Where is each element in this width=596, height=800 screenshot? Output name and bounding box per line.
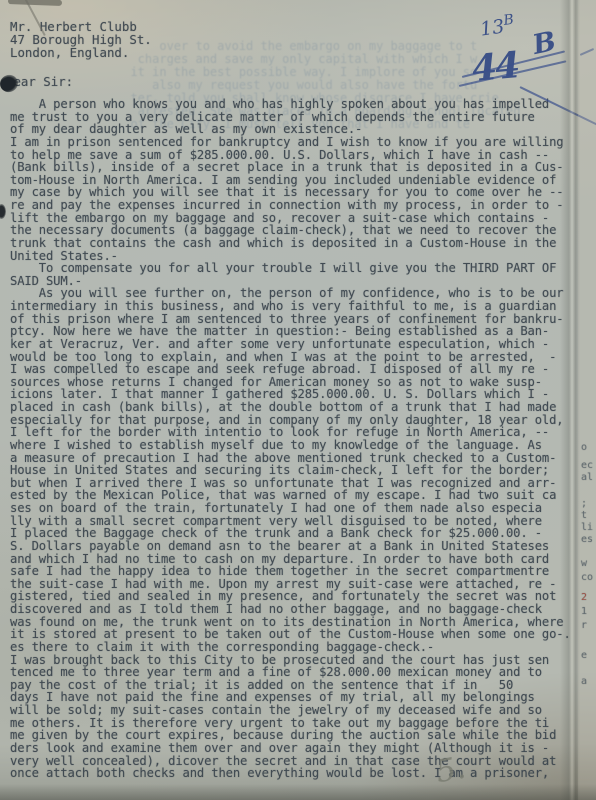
handwritten-number-13b: 13B [478, 12, 516, 41]
letter-body: A person who knows you and who has highl… [10, 98, 571, 780]
edge-fragment: es [581, 534, 593, 545]
edge-fragment: o [581, 442, 587, 453]
body-line: where I wished to establish myself due t… [10, 439, 571, 452]
body-line: I placed the Baggage check of the trunk … [10, 527, 571, 540]
body-line: placed in cash (bank bills), at the doub… [10, 401, 571, 414]
edge-fragment: al [581, 472, 593, 483]
body-line: ker at Veracruz, Ver. and after some ver… [10, 338, 571, 351]
edge-fragment: 1 [581, 606, 587, 617]
letter-page: over to avoid the embargo on my baggage … [0, 0, 596, 800]
body-line: me given by the court expires, because d… [10, 729, 571, 742]
body-line: discovered and as I told them I had no o… [10, 603, 571, 616]
number-13: 13 [479, 15, 506, 40]
edge-fragment: a [581, 676, 587, 687]
body-line: (Bank bills), inside of a secret place i… [10, 161, 571, 174]
body-line: es there to claim it with the correspond… [10, 641, 571, 654]
body-line: I left for the border with intentio to l… [10, 426, 571, 439]
edge-fragment: li [581, 522, 593, 533]
body-line: re and pay the expenses incurred in conn… [10, 199, 571, 212]
address-line: London, England. [10, 46, 152, 59]
number-13-suffix: B [502, 12, 514, 29]
edge-fragment: ec [581, 460, 593, 471]
bottom-page-edge [0, 784, 596, 800]
body-line: will be sold; my suit-cases contain the … [10, 704, 571, 717]
edge-fragment: co [581, 572, 593, 583]
recipient-address: Mr. Herbert Clubb47 Borough High St.Lond… [10, 20, 152, 60]
edge-fragment: r [581, 620, 587, 631]
body-line: ders look and examine them over and over… [10, 742, 571, 755]
edge-fragment: ; [581, 498, 587, 509]
paper-corner-mark [8, 0, 62, 6]
underlying-page-fragments: oecal;tlieswco21rea [579, 0, 596, 800]
body-line: ptcy. Now here we have the matter in que… [10, 325, 571, 338]
edge-fragment: w [581, 558, 587, 569]
body-line: ses on board of the train, fortunately I… [10, 502, 571, 515]
body-line: once attach both checks and then everyth… [10, 767, 571, 780]
edge-fragment: t [581, 510, 587, 521]
body-line: S. Dollars payable on demand asn to the … [10, 540, 571, 553]
body-line: it is stored at present to be taken out … [10, 628, 571, 641]
body-line: I am in prison sentenced for bankruptcy … [10, 136, 571, 149]
body-line: of my dear daughter as well as my own ex… [10, 123, 571, 136]
margin-ink-mark [0, 204, 6, 219]
edge-fragment: 2 [581, 592, 587, 603]
body-line: trunk that contains the cash and which i… [10, 237, 571, 250]
body-line: I was compelled to escape and seek refug… [10, 363, 571, 376]
body-line: safe I had the happy idea to hide them t… [10, 565, 571, 578]
body-line: intermediary in this business, and who i… [10, 300, 571, 313]
body-line: tenced me to three year term and a fine … [10, 666, 571, 679]
body-line: A person who knows you and who has highl… [10, 98, 571, 111]
body-line: House in United States and securing its … [10, 464, 571, 477]
body-line: To compensate you for all your trouble I… [10, 262, 571, 275]
right-page-edge [560, 0, 580, 800]
edge-fragment: e [581, 650, 587, 661]
body-line: the necessary documents (a baggage claim… [10, 224, 571, 237]
